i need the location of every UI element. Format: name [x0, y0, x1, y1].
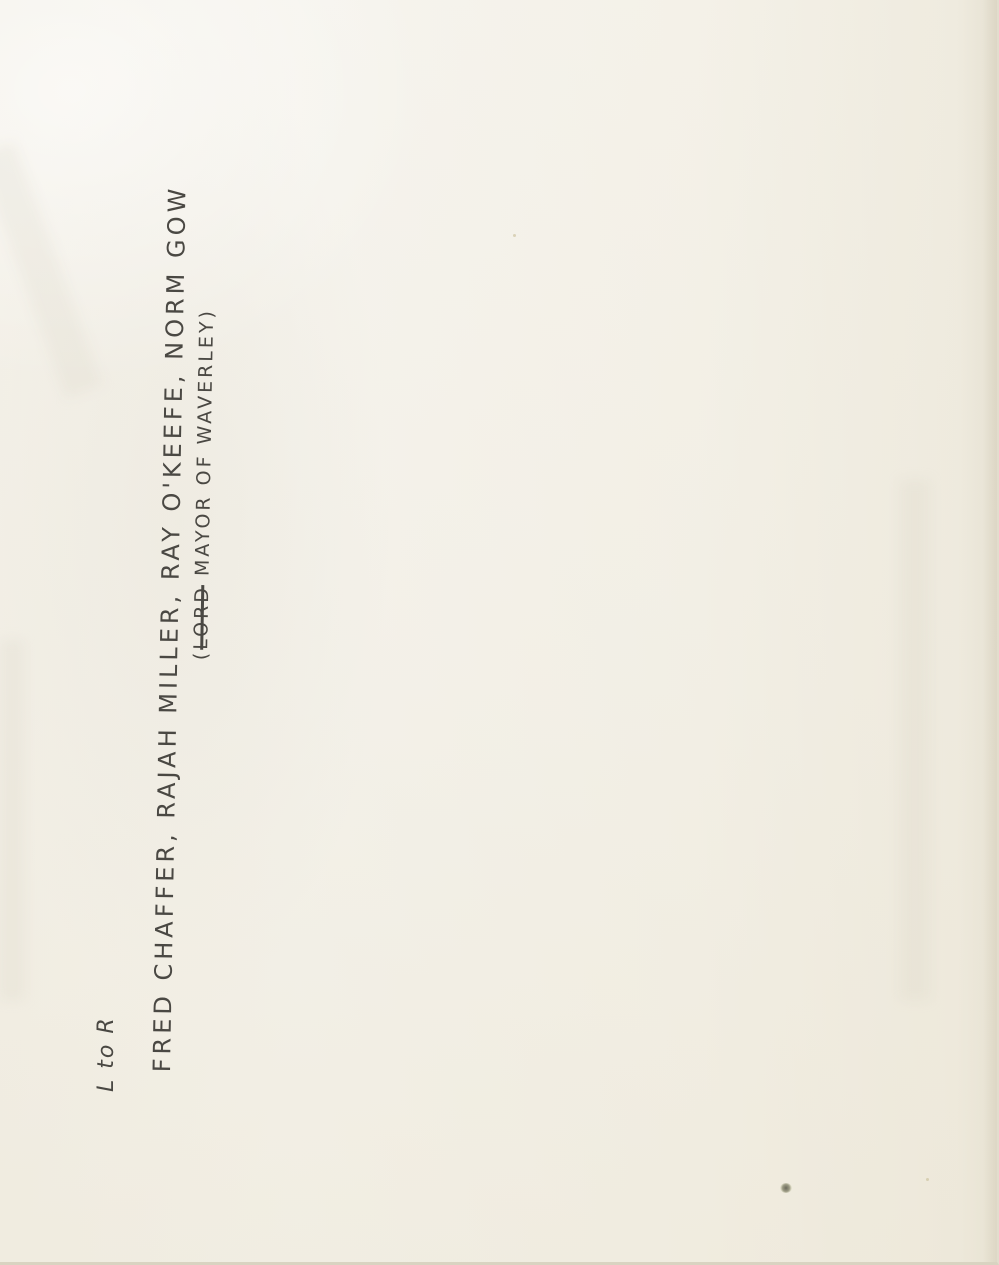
caption-title-open-paren: (	[190, 650, 212, 661]
paper-crease	[900, 480, 930, 1000]
ink-spot	[780, 1183, 792, 1193]
paper-speck	[926, 1178, 929, 1181]
paper-speck	[513, 234, 516, 237]
caption-direction-note: L to R	[94, 1016, 119, 1092]
caption-names-line: FRED CHAFFER, RAJAH MILLER, RAY O'KEEFE,…	[148, 185, 191, 1073]
caption-struck-word: LORD	[190, 585, 213, 650]
paper-edge-shadow	[983, 0, 997, 1262]
caption-title-rest: MAYOR OF WAVERLEY)	[191, 308, 218, 585]
paper-crease	[0, 141, 103, 399]
caption-title-line: (LORD MAYOR OF WAVERLEY)	[190, 308, 218, 660]
photo-back-paper: L to R FRED CHAFFER, RAJAH MILLER, RAY O…	[0, 0, 999, 1265]
paper-crease	[0, 640, 24, 1000]
